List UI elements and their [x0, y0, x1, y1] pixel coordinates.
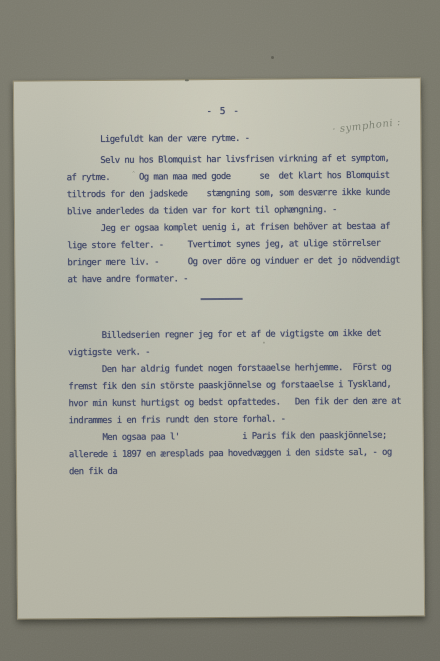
paragraph-blomquist: Selv nu hos Blomquist har livsfrisen vir… [66, 151, 407, 222]
typewritten-line: Billedserien regner jeg for et af de vig… [68, 326, 408, 346]
typewritten-line: bringer mere liv. - Og over döre og vind… [67, 253, 407, 273]
typewritten-line: den fik da [69, 462, 409, 482]
mat-board-speck [271, 56, 274, 59]
paragraph-billedserien: Billedserien regner jeg for et af de vig… [68, 326, 408, 363]
typewritten-line: allerede i 1897 en æresplads paa hovedvæ… [69, 445, 409, 465]
paper-edge-speck [185, 79, 189, 81]
document-page: - 5 - Ligefuldt kan der være rytme. - Se… [13, 77, 425, 619]
typewritten-text-block: - 5 - Ligefuldt kan der være rytme. - Se… [66, 102, 409, 482]
typewritten-line: hvor min kunst hurtigst og bedst opfatte… [68, 394, 408, 414]
paper-speck [263, 342, 265, 344]
typewritten-line: at have andre formater. - [67, 270, 407, 290]
pencil-caret-mark: ˆ [132, 171, 136, 180]
archive-photo-background: - 5 - Ligefuldt kan der være rytme. - Se… [0, 0, 440, 661]
paragraph-felter: Jeg er ogsaa komplet uenig i, at frisen … [67, 219, 408, 290]
page-number: - 5 - [53, 102, 393, 122]
paragraph-tyskland: Den har aldrig fundet nogen forstaaelse … [68, 360, 409, 431]
paragraph-paris: Men ogsaa paa l' i Paris fik den paaskjö… [69, 428, 409, 482]
section-divider-line [201, 298, 243, 313]
typewritten-line: tiltrods for den jadskede stængning som,… [67, 185, 407, 205]
